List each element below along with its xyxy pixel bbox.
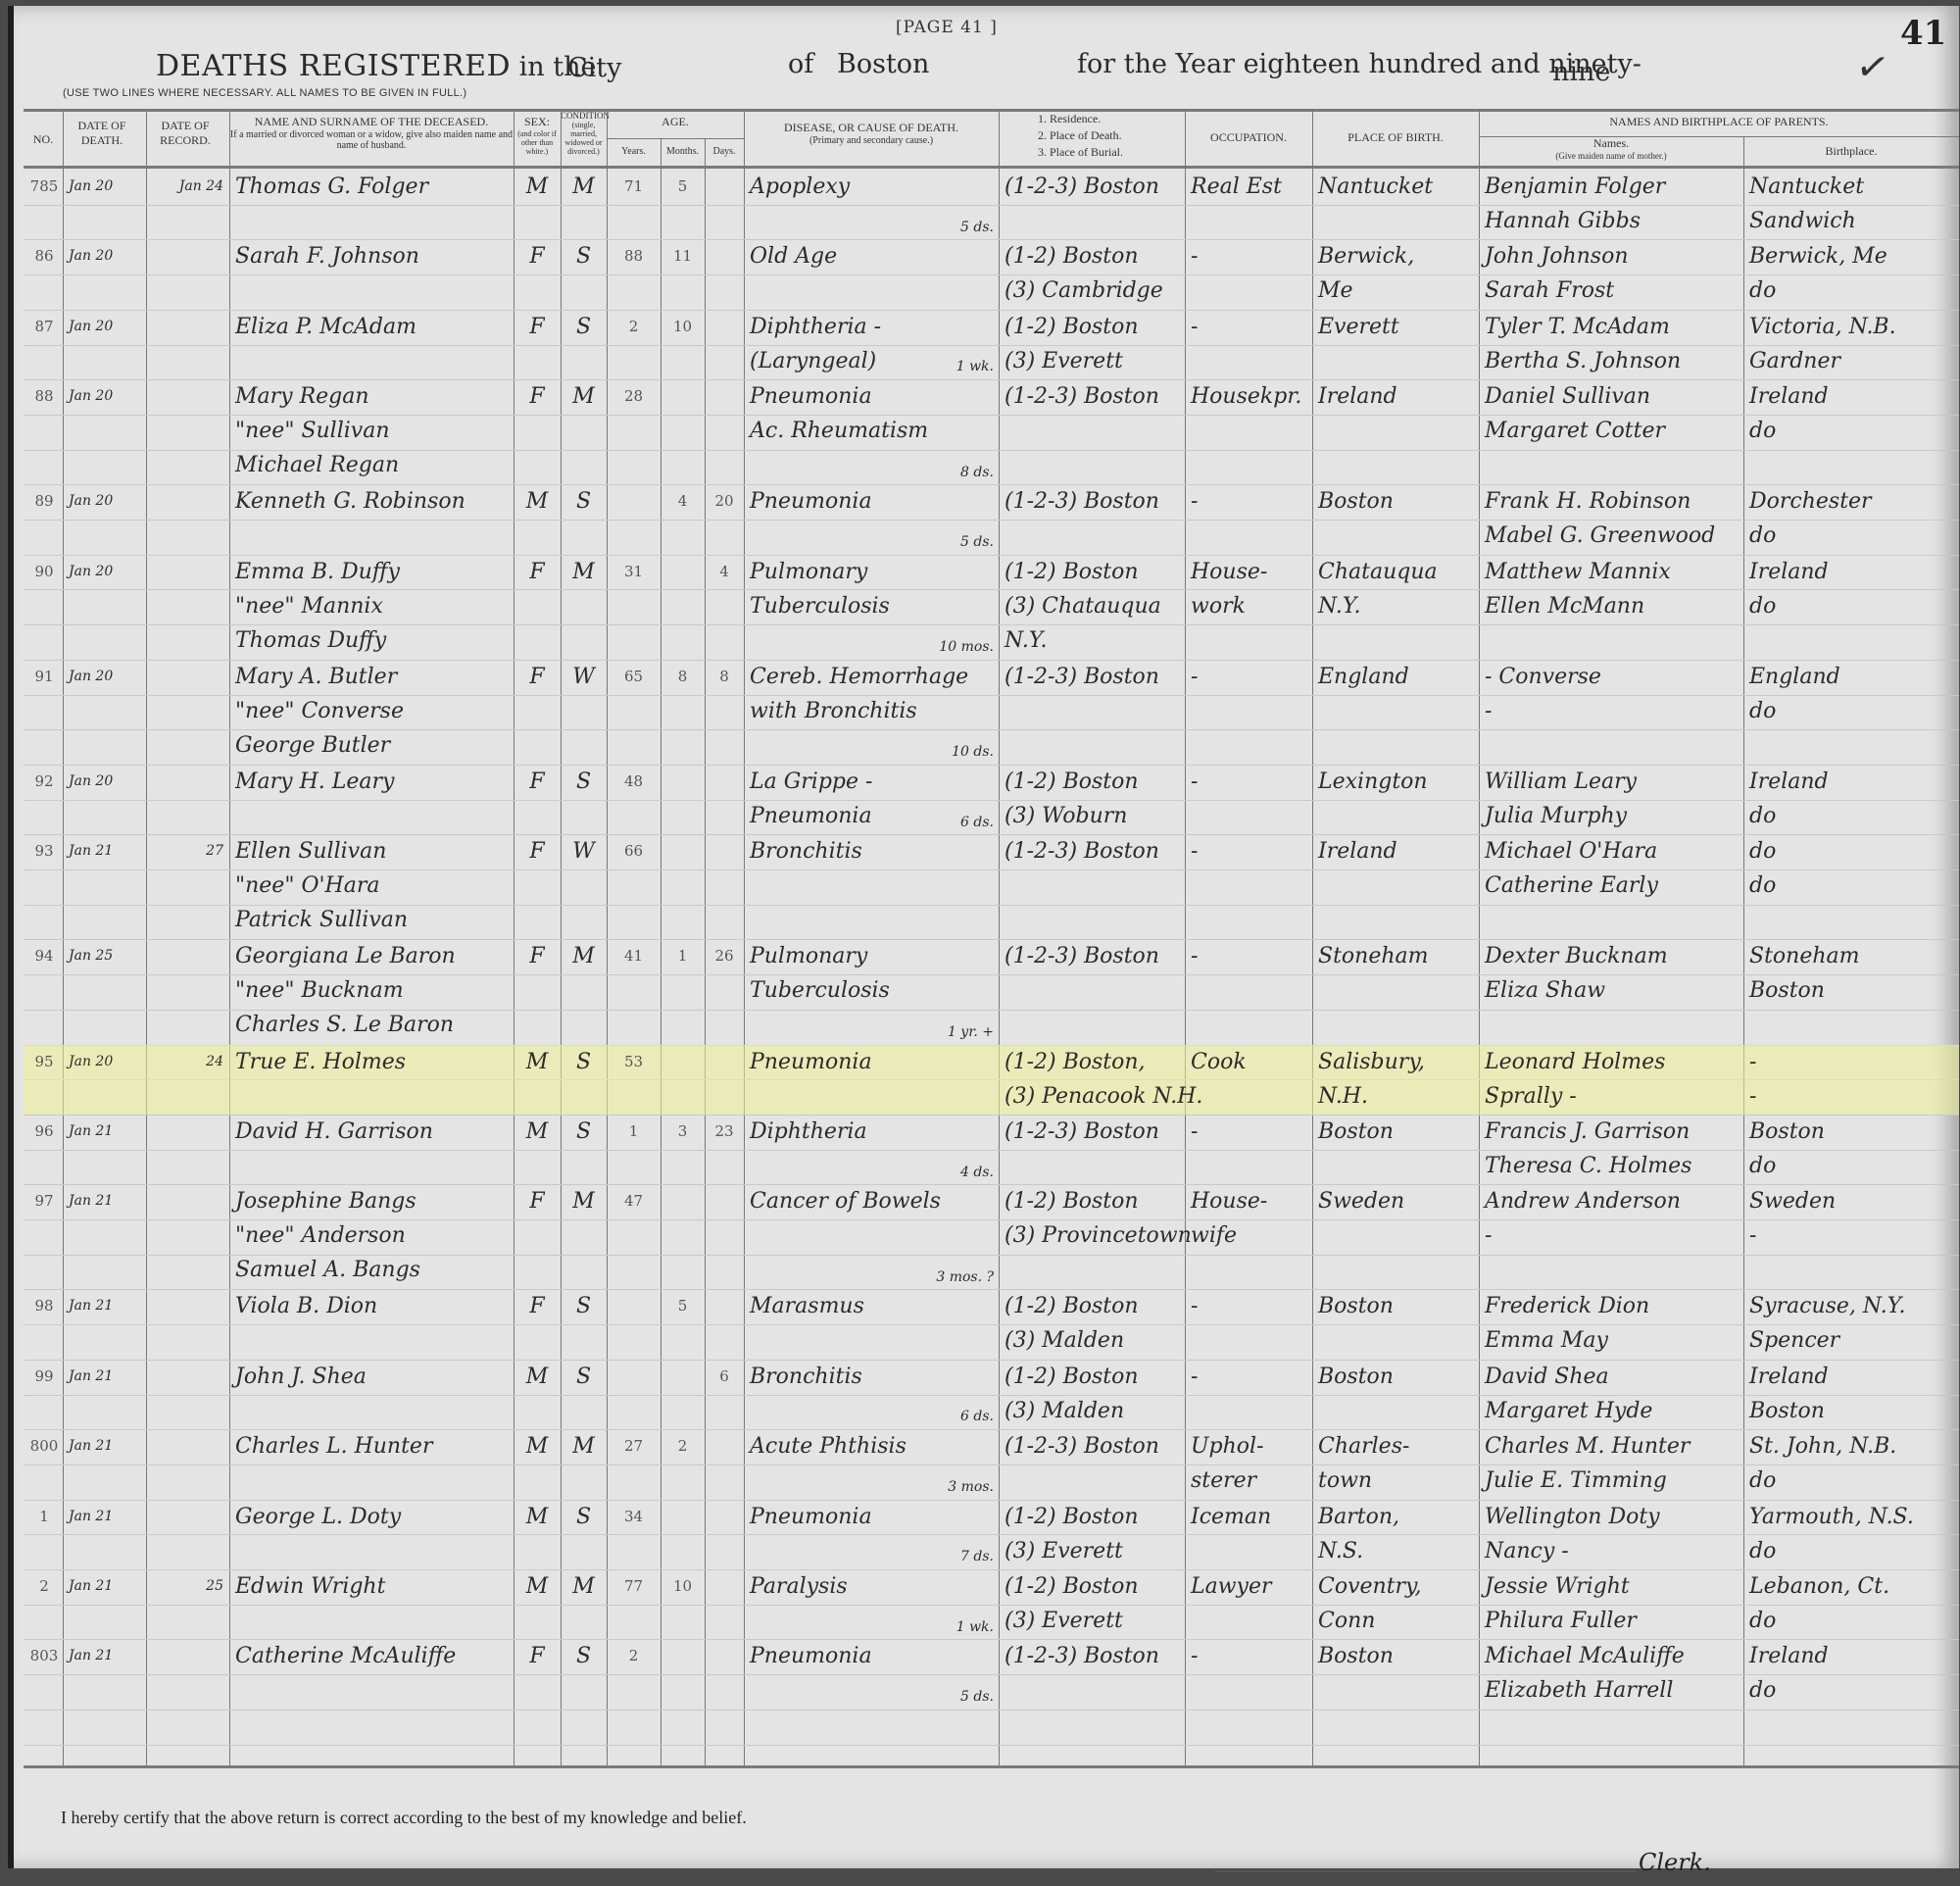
cell-name: Charles L. Hunter <box>235 1429 508 1464</box>
cell-name: Mary A. Butler"nee" ConverseGeorge Butle… <box>235 660 508 763</box>
parent-birth-line: - <box>1749 1079 1953 1114</box>
residence-line: (1-2) Boston <box>1004 765 1179 799</box>
cell-residence: (1-2-3) Boston <box>1004 484 1179 519</box>
parent-birth-line: do <box>1749 1534 1953 1568</box>
years-line: 28 <box>612 379 655 414</box>
parents-line: - <box>1485 1218 1738 1253</box>
cell-birth: Boston <box>1318 1360 1473 1394</box>
birth-line: Barton, <box>1318 1500 1473 1534</box>
days-line: 6 <box>710 1360 738 1394</box>
cell-months <box>666 1639 699 1673</box>
disease-line: Bronchitis <box>750 1360 993 1394</box>
residence-line: (3) Woburn <box>1004 799 1179 833</box>
cell-years: 53 <box>612 1045 655 1079</box>
occupation-line: - <box>1191 1115 1306 1149</box>
cell-no: 2 <box>29 1569 59 1604</box>
disease-line: Pneumonia <box>750 379 993 414</box>
cell-birth: England <box>1318 660 1473 694</box>
cell-parent-birth: Irelanddo <box>1749 765 1953 833</box>
residence-line: (1-2) Boston, <box>1004 1045 1179 1079</box>
cell-parents: Frederick DionEmma May <box>1485 1289 1738 1358</box>
record-line <box>152 939 223 973</box>
cell-parent-birth: IrelandBoston <box>1749 1360 1953 1428</box>
disease-line: Apoplexy <box>750 170 993 204</box>
cell-name: George L. Doty <box>235 1500 508 1534</box>
death-line: Jan 21 <box>69 1115 140 1149</box>
birth-line: town <box>1318 1464 1473 1498</box>
disease-line: Diphtheria - <box>750 310 993 344</box>
cell-months <box>666 1500 699 1534</box>
col-header-place-of-birth: PLACE OF BIRTH. <box>1312 130 1479 145</box>
birth-line: Nantucket <box>1318 170 1473 204</box>
cell-sex: F <box>519 939 555 973</box>
ruled-line <box>24 1745 1959 1746</box>
cell-death: Jan 21 <box>69 1360 140 1394</box>
death-line: Jan 21 <box>69 834 140 869</box>
sex-line: F <box>519 239 555 273</box>
birth-line: Coventry, <box>1318 1569 1473 1604</box>
parents-line: Charles M. Hunter <box>1485 1429 1738 1464</box>
residence-line: (1-2-3) Boston <box>1004 660 1179 694</box>
cell-death: Jan 21 <box>69 834 140 869</box>
cond-line: S <box>566 1045 601 1079</box>
table-bottom-rule <box>24 1765 1959 1768</box>
name-line: Samuel A. Bangs <box>235 1253 508 1287</box>
sex-line: M <box>519 1115 555 1149</box>
cell-parent-birth: St. John, N.B.do <box>1749 1429 1953 1498</box>
death-line: Jan 21 <box>69 1360 140 1394</box>
table-row[interactable]: 86Jan 20Sarah F. JohnsonFS8811Old Age(1-… <box>24 239 1959 309</box>
occupation-line: Uphol- <box>1191 1429 1306 1464</box>
residence-line: (1-2-3) Boston <box>1004 1429 1179 1464</box>
cond-line: W <box>566 660 601 694</box>
cell-cond: W <box>566 660 601 694</box>
parent-birth-line: Stoneham <box>1749 939 1953 973</box>
table-row[interactable]: 785Jan 20Jan 24Thomas G. FolgerMM715Apop… <box>24 170 1959 239</box>
record-line <box>152 660 223 694</box>
cell-occupation: Uphol-sterer <box>1191 1429 1306 1498</box>
parent-birth-line: Lebanon, Ct. <box>1749 1569 1953 1604</box>
record-line <box>152 1500 223 1534</box>
cell-cond: S <box>566 310 601 344</box>
cell-record <box>152 239 223 273</box>
no-line: 91 <box>29 660 59 694</box>
name-line: "nee" Bucknam <box>235 973 508 1008</box>
days-line <box>710 239 738 273</box>
parents-line: William Leary <box>1485 765 1738 799</box>
no-line: 93 <box>29 834 59 869</box>
residence-line: (3) Provincetown <box>1004 1218 1179 1253</box>
no-line: 92 <box>29 765 59 799</box>
cell-years: 28 <box>612 379 655 414</box>
cell-sex: F <box>519 555 555 589</box>
cell-parent-birth: Berwick, Medo <box>1749 239 1953 308</box>
table-row[interactable]: 94Jan 25Georgiana Le Baron"nee" BucknamC… <box>24 939 1959 1044</box>
occupation-line: wife <box>1191 1218 1306 1253</box>
cell-sex: F <box>519 1289 555 1323</box>
table-row[interactable]: 97Jan 21Josephine Bangs"nee" AndersonSam… <box>24 1184 1959 1289</box>
cell-sex: M <box>519 1429 555 1464</box>
parent-birth-line: Sweden <box>1749 1184 1953 1218</box>
checkmark-icon: ✓ <box>1852 42 1892 92</box>
duration-note: 5 ds. <box>891 1680 994 1714</box>
days-line: 20 <box>710 484 738 519</box>
cell-record: Jan 24 <box>152 170 223 204</box>
cell-parent-birth: Victoria, N.B.Gardner <box>1749 310 1953 378</box>
record-line: Jan 24 <box>152 170 223 204</box>
birth-line: Charles- <box>1318 1429 1473 1464</box>
parents-line: - <box>1485 694 1738 728</box>
col-header-months: Months. <box>661 146 705 157</box>
cond-line: S <box>566 1289 601 1323</box>
cell-residence: (1-2-3) Boston <box>1004 379 1179 414</box>
record-line <box>152 239 223 273</box>
disease-line: Tuberculosis <box>750 973 993 1008</box>
cell-sex: M <box>519 170 555 204</box>
cell-residence: (1-2) Boston(3) Everett <box>1004 1500 1179 1568</box>
no-line: 90 <box>29 555 59 589</box>
disease-line: Pulmonary <box>750 555 993 589</box>
name-line: George Butler <box>235 728 508 763</box>
parents-line: Theresa C. Holmes <box>1485 1149 1738 1183</box>
cell-days <box>710 1639 738 1673</box>
parents-line: Emma May <box>1485 1323 1738 1358</box>
no-line: 785 <box>29 170 59 204</box>
cond-line: S <box>566 1115 601 1149</box>
cell-months <box>666 765 699 799</box>
cell-death: Jan 21 <box>69 1500 140 1534</box>
cell-disease: Diphtheria <box>750 1115 993 1149</box>
no-line: 94 <box>29 939 59 973</box>
cell-name: John J. Shea <box>235 1360 508 1394</box>
death-line: Jan 21 <box>69 1289 140 1323</box>
cell-sex: F <box>519 765 555 799</box>
cell-birth: Ireland <box>1318 834 1473 869</box>
days-line: 8 <box>710 660 738 694</box>
years-line: 34 <box>612 1500 655 1534</box>
no-line: 86 <box>29 239 59 273</box>
months-line <box>666 1500 699 1534</box>
page-label: [PAGE 41 ] <box>896 18 998 37</box>
parents-line: Michael O'Hara <box>1485 834 1738 869</box>
parent-birth-line: Dorchester <box>1749 484 1953 519</box>
cell-residence: (1-2) Boston(3) Everett <box>1004 1569 1179 1638</box>
table-row[interactable]: 95Jan 2024True E. HolmesMS53Pneumonia(1-… <box>24 1045 1959 1115</box>
death-line: Jan 20 <box>69 660 140 694</box>
cell-residence: (1-2) Boston(3) ChatauquaN.Y. <box>1004 555 1179 658</box>
cell-months: 3 <box>666 1115 699 1149</box>
table-row[interactable]: 90Jan 20Emma B. Duffy"nee" MannixThomas … <box>24 555 1959 660</box>
parent-birth-line: Victoria, N.B. <box>1749 310 1953 344</box>
name-line: Catherine McAuliffe <box>235 1639 508 1673</box>
cell-death: Jan 20 <box>69 660 140 694</box>
cell-cond: S <box>566 1045 601 1079</box>
birth-line: N.Y. <box>1318 589 1473 623</box>
occupation-line: - <box>1191 1639 1306 1673</box>
name-line: Mary Regan <box>235 379 508 414</box>
death-register-table: No. DATE OF DEATH. DATE OF RECORD. NAME … <box>24 109 1959 1775</box>
parents-line: Wellington Doty <box>1485 1500 1738 1534</box>
cell-parents: Michael O'HaraCatherine Early <box>1485 834 1738 903</box>
name-line: "nee" Converse <box>235 694 508 728</box>
months-line <box>666 1184 699 1218</box>
cell-months: 5 <box>666 1289 699 1323</box>
months-line <box>666 834 699 869</box>
cell-residence: (1-2-3) Boston <box>1004 1639 1179 1673</box>
cell-months <box>666 555 699 589</box>
disease-line: Diphtheria <box>750 1115 993 1149</box>
table-row[interactable]: 800Jan 21Charles L. HunterMM272Acute Pht… <box>24 1429 1959 1499</box>
name-line: "nee" Mannix <box>235 589 508 623</box>
parents-line: Julia Murphy <box>1485 799 1738 833</box>
name-line: Kenneth G. Robinson <box>235 484 508 519</box>
occupation-line: - <box>1191 660 1306 694</box>
col-header-condition: CONDITION (single, married, widowed or d… <box>561 111 607 156</box>
col-header-days: Days. <box>705 146 744 157</box>
birth-line: Ireland <box>1318 834 1473 869</box>
months-line: 4 <box>666 484 699 519</box>
parent-birth-line: Gardner <box>1749 344 1953 378</box>
cell-days <box>710 1184 738 1218</box>
table-row[interactable]: 98Jan 21Viola B. DionFS5Marasmus(1-2) Bo… <box>24 1289 1959 1359</box>
cell-name: Kenneth G. Robinson <box>235 484 508 519</box>
months-line: 10 <box>666 310 699 344</box>
cell-months: 8 <box>666 660 699 694</box>
cell-death: Jan 20 <box>69 1045 140 1079</box>
table-row[interactable]: 87Jan 20Eliza P. McAdamFS210Diphtheria -… <box>24 310 1959 379</box>
cell-death: Jan 21 <box>69 1184 140 1218</box>
death-line: Jan 20 <box>69 555 140 589</box>
cell-birth: Berwick,Me <box>1318 239 1473 308</box>
parents-line: Sprally - <box>1485 1079 1738 1114</box>
cell-days <box>710 239 738 273</box>
occupation-line: Real Est <box>1191 170 1306 204</box>
cell-months <box>666 1045 699 1079</box>
cell-death: Jan 20 <box>69 484 140 519</box>
cell-record <box>152 379 223 414</box>
disease-line: La Grippe - <box>750 765 993 799</box>
no-line: 89 <box>29 484 59 519</box>
subheader-rule <box>1479 136 1959 137</box>
table-row[interactable]: 96Jan 21David H. GarrisonMS1323Diphtheri… <box>24 1115 1959 1184</box>
cond-line: M <box>566 1429 601 1464</box>
cell-parents: John JohnsonSarah Frost <box>1485 239 1738 308</box>
name-line: Eliza P. McAdam <box>235 310 508 344</box>
days-line <box>710 765 738 799</box>
signature-line[interactable] <box>1214 1870 1636 1872</box>
death-line: Jan 20 <box>69 484 140 519</box>
birth-line: Me <box>1318 273 1473 308</box>
cell-name: Eliza P. McAdam <box>235 310 508 344</box>
cell-occupation: - <box>1191 939 1306 973</box>
table-row[interactable]: 89Jan 20Kenneth G. RobinsonMS420Pneumoni… <box>24 484 1959 554</box>
parent-birth-line: Ireland <box>1749 379 1953 414</box>
months-line <box>666 379 699 414</box>
cell-residence: (1-2) Boston,(3) Penacook N.H. <box>1004 1045 1179 1114</box>
cell-parent-birth: Yarmouth, N.S.do <box>1749 1500 1953 1568</box>
cell-no: 89 <box>29 484 59 519</box>
cell-sex: M <box>519 1500 555 1534</box>
cell-parent-birth: Irelanddo <box>1749 1639 1953 1708</box>
cell-record <box>152 1639 223 1673</box>
table-row[interactable]: 2Jan 2125Edwin WrightMM7710Paralysis1 wk… <box>24 1569 1959 1639</box>
birth-line: Conn <box>1318 1604 1473 1638</box>
cell-days <box>710 1045 738 1079</box>
days-line <box>710 310 738 344</box>
cell-birth: Ireland <box>1318 379 1473 414</box>
residence-line: (1-2) Boston <box>1004 555 1179 589</box>
cell-disease: Old Age <box>750 239 993 273</box>
occupation-line: - <box>1191 1289 1306 1323</box>
disease-line: Pulmonary <box>750 939 993 973</box>
cell-years: 88 <box>612 239 655 273</box>
cell-days <box>710 1569 738 1604</box>
parent-birth-line: Yarmouth, N.S. <box>1749 1500 1953 1534</box>
page-number: 41 <box>1900 14 1946 53</box>
birth-line: Sweden <box>1318 1184 1473 1218</box>
cell-residence: (1-2) Boston(3) Provincetown <box>1004 1184 1179 1253</box>
cell-parent-birth: dodo <box>1749 834 1953 903</box>
table-row[interactable]: 99Jan 21John J. SheaMS6Bronchitis6 ds.(1… <box>24 1360 1959 1429</box>
days-line <box>710 170 738 204</box>
residence-line: (1-2) Boston <box>1004 1360 1179 1394</box>
cell-parent-birth: Bostondo <box>1749 1115 1953 1183</box>
name-line: Charles S. Le Baron <box>235 1008 508 1042</box>
cond-line: M <box>566 1184 601 1218</box>
col-header-disease: DISEASE, OR CAUSE OF DEATH. (Primary and… <box>744 121 999 146</box>
name-line: Thomas Duffy <box>235 623 508 658</box>
cond-line: S <box>566 1360 601 1394</box>
no-line: 800 <box>29 1429 59 1464</box>
cell-days: 6 <box>710 1360 738 1394</box>
death-line: Jan 21 <box>69 1569 140 1604</box>
name-line: Emma B. Duffy <box>235 555 508 589</box>
years-line: 65 <box>612 660 655 694</box>
cell-death: Jan 21 <box>69 1569 140 1604</box>
cell-birth: Nantucket <box>1318 170 1473 204</box>
cell-death: Jan 25 <box>69 939 140 973</box>
years-line: 77 <box>612 1569 655 1604</box>
table-row[interactable]: 803Jan 21Catherine McAuliffeFS2Pneumonia… <box>24 1639 1959 1709</box>
name-line: George L. Doty <box>235 1500 508 1534</box>
cell-disease: Paralysis <box>750 1569 993 1604</box>
months-line: 1 <box>666 939 699 973</box>
cell-residence: (1-2-3) Boston <box>1004 170 1179 204</box>
sex-line: F <box>519 1184 555 1218</box>
cell-record <box>152 939 223 973</box>
table-row[interactable]: 1Jan 21George L. DotyMS34Pneumonia7 ds.(… <box>24 1500 1959 1569</box>
cell-days <box>710 765 738 799</box>
disease-line: Old Age <box>750 239 993 273</box>
cell-occupation: Housekpr. <box>1191 379 1306 414</box>
cell-cond: S <box>566 1639 601 1673</box>
disease-line: Ac. Rheumatism <box>750 414 993 448</box>
cell-sex: M <box>519 1045 555 1079</box>
days-line: 4 <box>710 555 738 589</box>
cell-residence: (1-2) Boston(3) Cambridge <box>1004 239 1179 308</box>
parents-line: Frank H. Robinson <box>1485 484 1738 519</box>
cell-name: Thomas G. Folger <box>235 170 508 204</box>
cell-occupation: Iceman <box>1191 1500 1306 1534</box>
cell-name: Emma B. Duffy"nee" MannixThomas Duffy <box>235 555 508 658</box>
cell-residence: (1-2-3) Boston <box>1004 1115 1179 1149</box>
cell-parents: Frank H. RobinsonMabel G. Greenwood <box>1485 484 1738 553</box>
header-bottom-rule <box>24 166 1959 169</box>
disease-line: Paralysis <box>750 1569 993 1604</box>
cond-line: S <box>566 1639 601 1673</box>
record-line <box>152 765 223 799</box>
cell-parent-birth: Irelanddo <box>1749 379 1953 448</box>
cell-sex: F <box>519 1184 555 1218</box>
cell-parents: David SheaMargaret Hyde <box>1485 1360 1738 1428</box>
months-line <box>666 1360 699 1394</box>
cell-occupation: - <box>1191 1289 1306 1323</box>
cell-birth: Boston <box>1318 484 1473 519</box>
cell-days <box>710 1429 738 1464</box>
birth-line: Boston <box>1318 1115 1473 1149</box>
cell-name: Edwin Wright <box>235 1569 508 1604</box>
cell-record <box>152 765 223 799</box>
years-line: 48 <box>612 765 655 799</box>
residence-line: (1-2-3) Boston <box>1004 379 1179 414</box>
cell-occupation: Cook <box>1191 1045 1306 1079</box>
parents-line: Catherine Early <box>1485 869 1738 903</box>
residence-line: N.Y. <box>1004 623 1179 658</box>
cell-disease: Pneumonia <box>750 1045 993 1079</box>
birth-line: Berwick, <box>1318 239 1473 273</box>
cell-occupation: - <box>1191 484 1306 519</box>
cell-no: 98 <box>29 1289 59 1323</box>
cell-parent-birth: Lebanon, Ct.do <box>1749 1569 1953 1638</box>
parents-line: Frederick Dion <box>1485 1289 1738 1323</box>
death-line: Jan 20 <box>69 1045 140 1079</box>
table-row[interactable]: 91Jan 20Mary A. Butler"nee" ConverseGeor… <box>24 660 1959 765</box>
years-line: 2 <box>612 310 655 344</box>
years-line: 88 <box>612 239 655 273</box>
cell-days: 4 <box>710 555 738 589</box>
cell-sex: F <box>519 310 555 344</box>
cell-cond: M <box>566 555 601 589</box>
cell-birth: Stoneham <box>1318 939 1473 973</box>
days-line <box>710 1569 738 1604</box>
name-line: Ellen Sullivan <box>235 834 508 869</box>
cell-disease: Marasmus <box>750 1289 993 1323</box>
occupation-line: work <box>1191 589 1306 623</box>
cell-occupation: - <box>1191 1115 1306 1149</box>
table-row[interactable]: 92Jan 20Mary H. LearyFS48La Grippe -Pneu… <box>24 765 1959 834</box>
days-line <box>710 1045 738 1079</box>
cell-months: 4 <box>666 484 699 519</box>
months-line <box>666 1639 699 1673</box>
cell-birth: Barton,N.S. <box>1318 1500 1473 1568</box>
parents-line: Margaret Cotter <box>1485 414 1738 448</box>
cell-no: 99 <box>29 1360 59 1394</box>
residence-line: (3) Malden <box>1004 1323 1179 1358</box>
year-suffix: nine <box>1552 57 1610 87</box>
cell-disease: PulmonaryTuberculosis <box>750 939 993 1008</box>
col-header-age: AGE. <box>607 115 744 129</box>
parent-birth-line: Ireland <box>1749 555 1953 589</box>
death-line: Jan 21 <box>69 1429 140 1464</box>
cell-no: 90 <box>29 555 59 589</box>
cell-record <box>152 555 223 589</box>
parents-line: Michael McAuliffe <box>1485 1639 1738 1673</box>
table-row[interactable]: 93Jan 2127Ellen Sullivan"nee" O'HaraPatr… <box>24 834 1959 939</box>
table-row[interactable]: 88Jan 20Mary Regan"nee" SullivanMichael … <box>24 379 1959 484</box>
days-line <box>710 1184 738 1218</box>
parents-line: Andrew Anderson <box>1485 1184 1738 1218</box>
years-line <box>612 1360 655 1394</box>
